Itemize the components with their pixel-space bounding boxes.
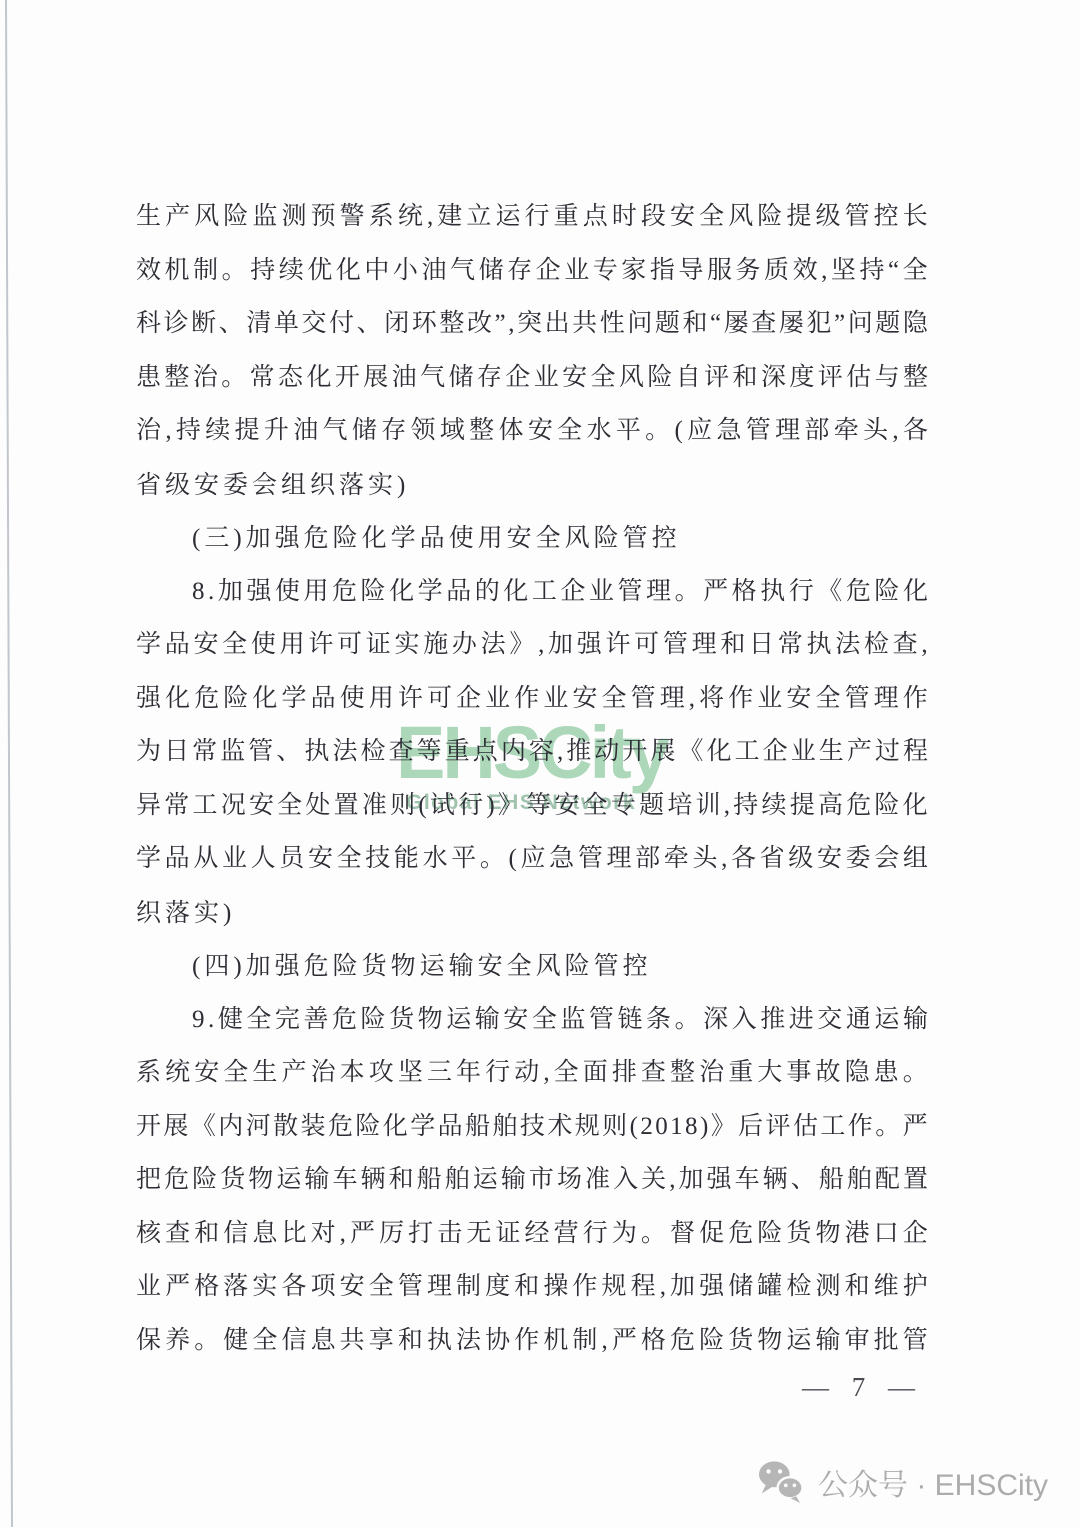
text-line: 强化危险化学品使用许可企业作业安全管理,将作业安全管理作 [136,673,928,727]
text-line: 业严格落实各项安全管理制度和操作规程,加强储罐检测和维护 [136,1261,928,1315]
document-page: EHSCity Global EHS Network 生产风险监测预警系统,建立… [0,0,1080,1527]
text-line: 开展《内河散装危险化学品船舶技术规则(2018)》后评估工作。严 [136,1101,928,1155]
text-line: (四)加强危险货物运输安全风险管控 [136,940,928,994]
wechat-label: 公众号 · EHSCity [818,1460,1048,1504]
scan-edge-line [0,0,20,1527]
text-line: 患整治。常态化开展油气储存企业安全风险自评和深度评估与整 [136,352,928,406]
text-line: 学品安全使用许可证实施办法》,加强许可管理和日常执法检查, [136,619,928,673]
text-line: 省级安委会组织落实) [136,459,928,513]
text-line: 保养。健全信息共享和执法协作机制,严格危险货物运输审批管 [136,1315,928,1369]
text-line: 生产风险监测预警系统,建立运行重点时段安全风险提级管控长 [136,191,928,245]
text-line: 核查和信息比对,严厉打击无证经营行为。督促危险货物港口企 [136,1208,928,1262]
page-number: — 7 — [790,1372,930,1403]
text-line: 8.加强使用危险化学品的化工企业管理。严格执行《危险化 [136,566,928,620]
text-line: 9.健全完善危险货物运输安全监管链条。深入推进交通运输 [136,994,928,1048]
document-body: 生产风险监测预警系统,建立运行重点时段安全风险提级管控长效机制。持续优化中小油气… [136,191,928,1368]
wechat-icon [756,1460,806,1504]
text-line: 学品从业人员安全技能水平。(应急管理部牵头,各省级安委会组 [136,833,928,887]
text-line: 织落实) [136,887,928,941]
text-line: 效机制。持续优化中小油气储存企业专家指导服务质效,坚持“全 [136,245,928,299]
text-line: 治,持续提升油气储存领域整体安全水平。(应急管理部牵头,各 [136,405,928,459]
text-line: 把危险货物运输车辆和船舶运输市场准入关,加强车辆、船舶配置 [136,1154,928,1208]
text-line: 科诊断、清单交付、闭环整改”,突出共性问题和“屡查屡犯”问题隐 [136,298,928,352]
wechat-footer: 公众号 · EHSCity [756,1460,1048,1504]
text-line: 异常工况安全处置准则(试行)》等安全专题培训,持续提高危险化 [136,780,928,834]
text-line: (三)加强危险化学品使用安全风险管控 [136,512,928,566]
text-line: 系统安全生产治本攻坚三年行动,全面排查整治重大事故隐患。 [136,1047,928,1101]
text-line: 为日常监管、执法检查等重点内容,推动开展《化工企业生产过程 [136,726,928,780]
